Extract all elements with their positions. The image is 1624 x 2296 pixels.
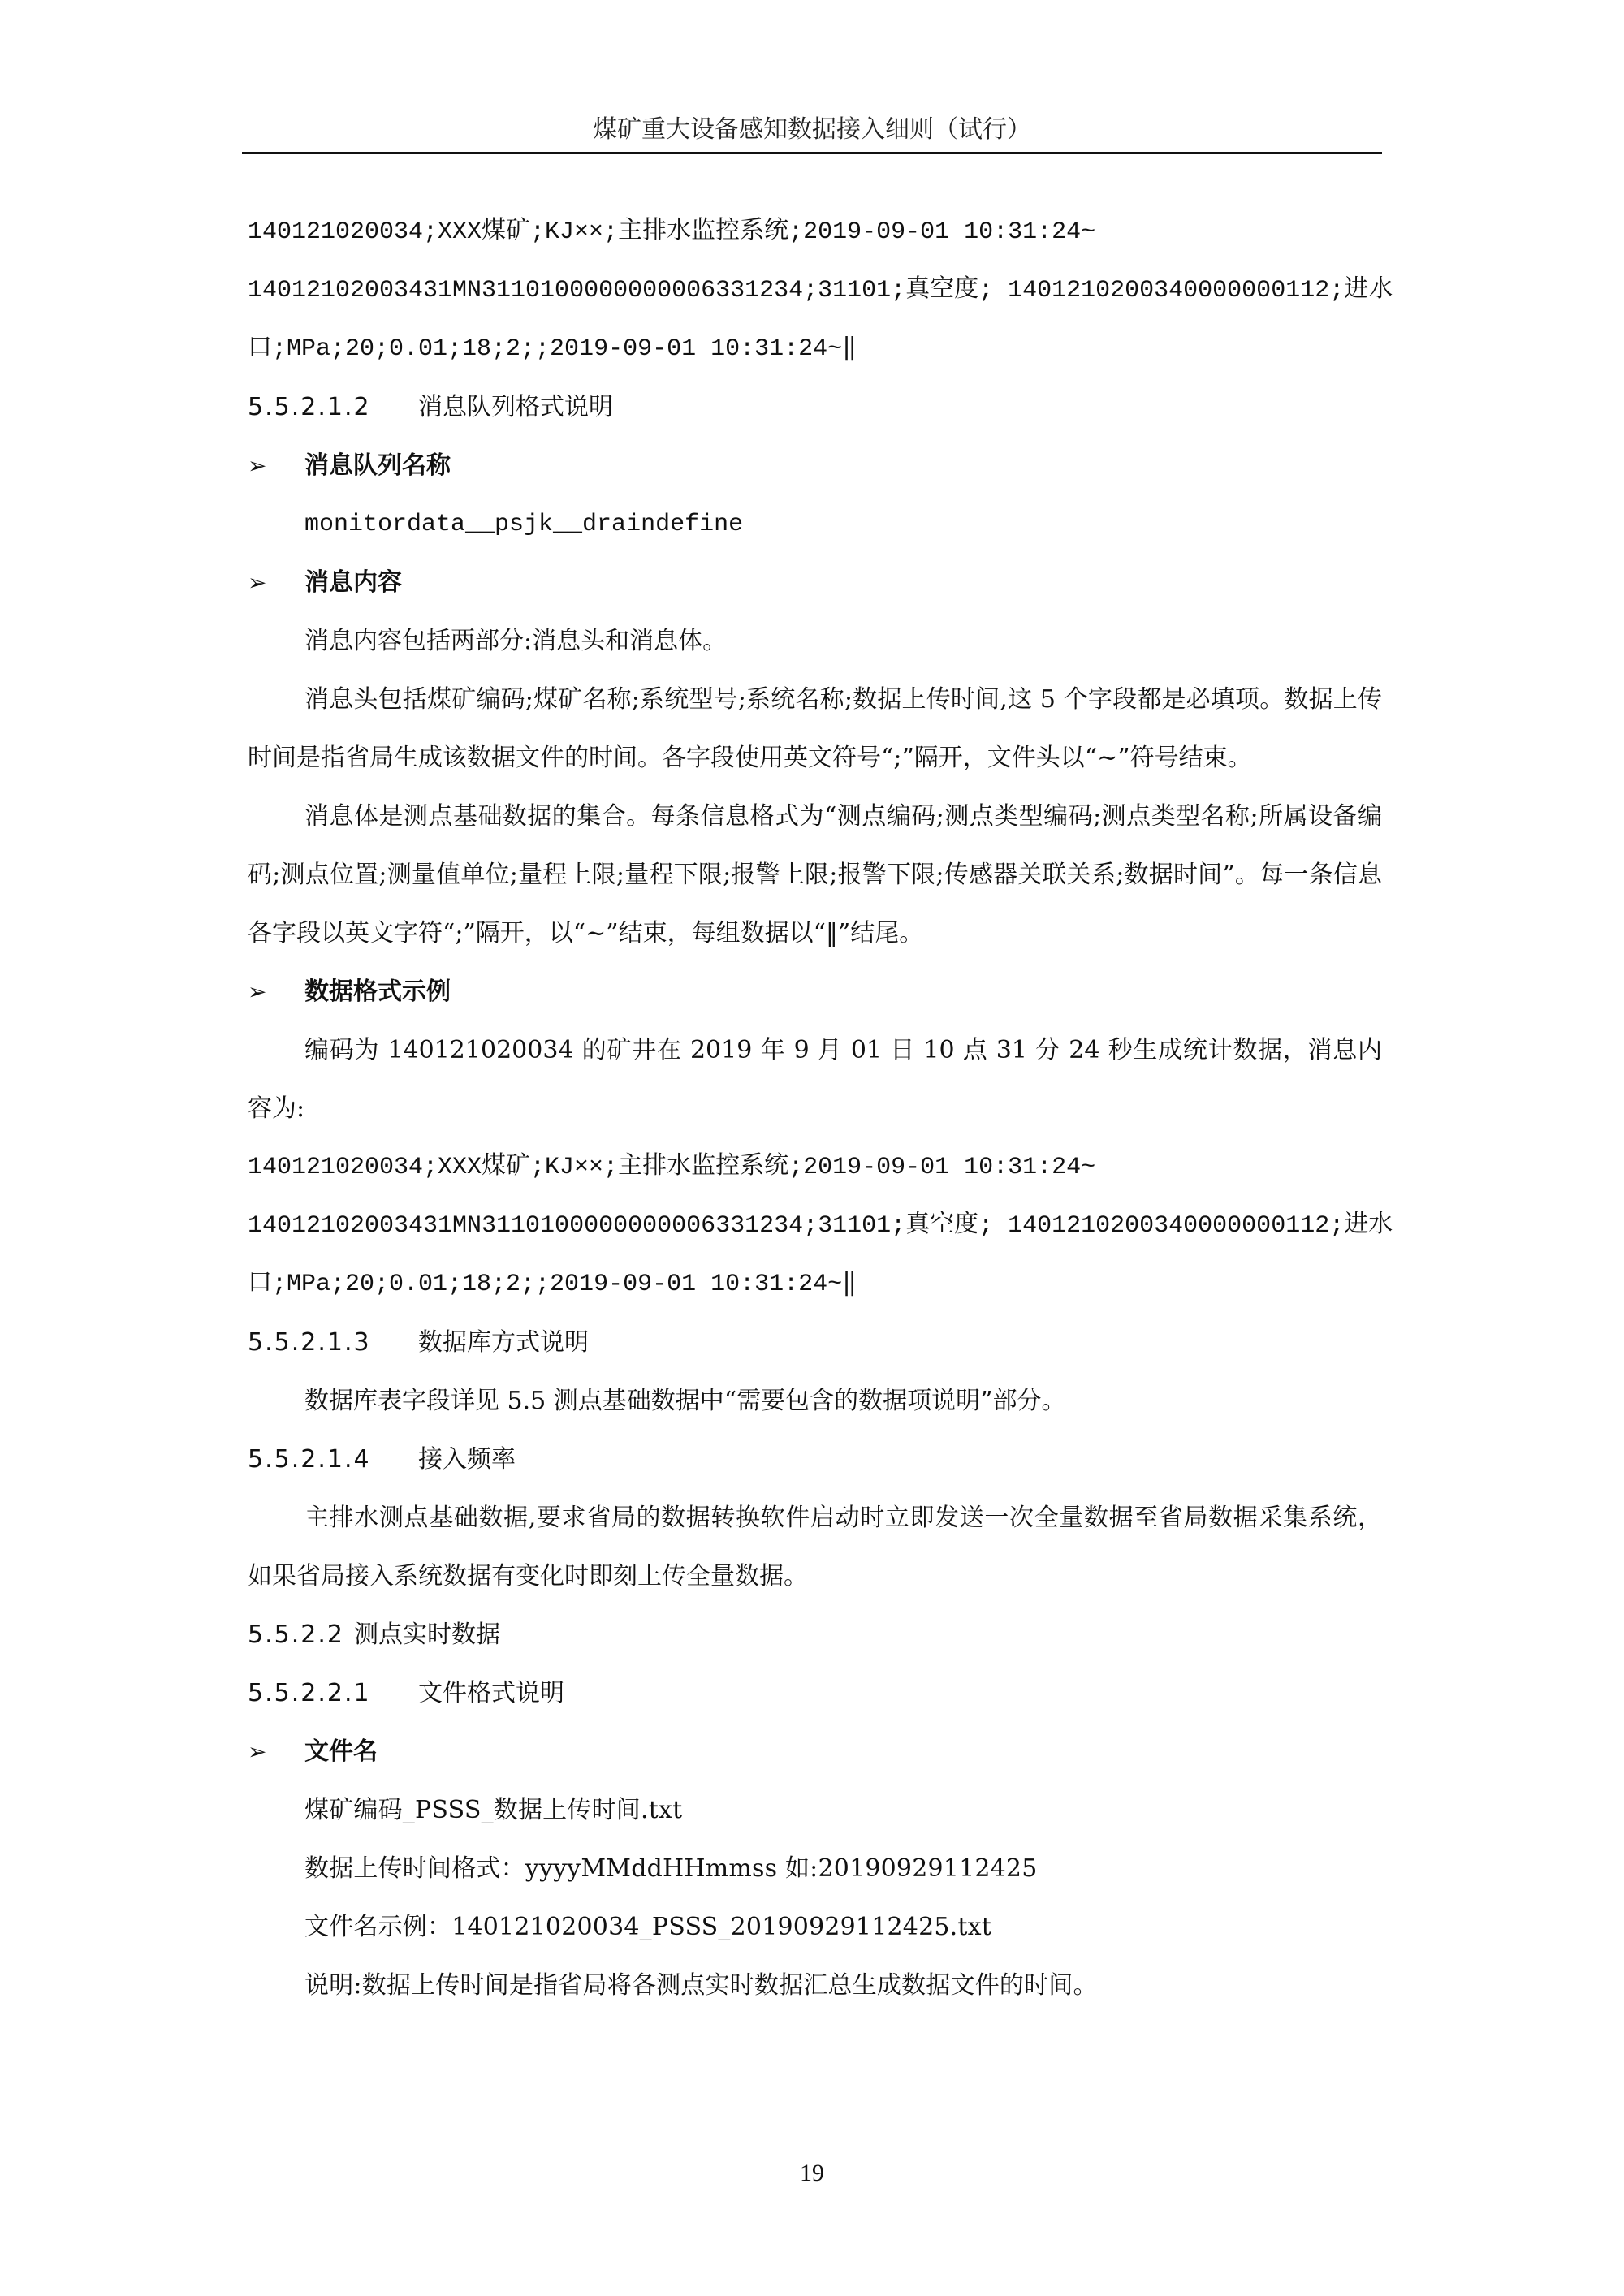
bullet-label: 消息内容 <box>304 568 402 597</box>
section-title: 文件格式说明 <box>418 1679 564 1707</box>
page-number: 19 <box>0 2160 1624 2187</box>
section-title: 测点实时数据 <box>354 1621 500 1649</box>
section-number: 5.5.2.1.2 <box>248 378 418 437</box>
arrow-bullet-icon: ➢ <box>248 437 304 495</box>
arrow-bullet-icon: ➢ <box>248 963 304 1021</box>
section-heading-5-5-2-1-3: 5.5.2.1.3数据库方式说明 <box>248 1314 1382 1372</box>
section-title: 接入频率 <box>418 1445 516 1474</box>
paragraph: 数据库表字段详见 5.5 测点基础数据中“需要包含的数据项说明”部分。 <box>248 1372 1382 1431</box>
arrow-bullet-icon: ➢ <box>248 1723 304 1781</box>
section-number: 5.5.2.2 <box>248 1606 344 1664</box>
upload-time-format: 数据上传时间格式：yyyyMMddHHmmss 如:20190929112425 <box>248 1840 1382 1898</box>
bullet-queue-name: ➢消息队列名称 <box>248 437 1382 495</box>
section-heading-5-5-2-1-4: 5.5.2.1.4接入频率 <box>248 1431 1382 1489</box>
example-line: 口;MPa;20;0.01;18;2;;2019-09-01 10:31:24~… <box>248 1255 1382 1314</box>
bullet-label: 消息队列名称 <box>304 451 451 480</box>
section-title: 数据库方式说明 <box>418 1328 589 1357</box>
section-title: 消息队列格式说明 <box>418 393 613 421</box>
paragraph: 主排水测点基础数据,要求省局的数据转换软件启动时立即发送一次全量数据至省局数据采… <box>248 1489 1382 1606</box>
page-content: 140121020034;XXX煤矿;KJ××;主排水监控系统;2019-09-… <box>248 203 1382 2015</box>
section-heading-5-5-2-2-1: 5.5.2.2.1文件格式说明 <box>248 1664 1382 1723</box>
section-heading-5-5-2-2: 5.5.2.2测点实时数据 <box>248 1606 1382 1664</box>
bullet-label: 数据格式示例 <box>304 978 451 1006</box>
bullet-message-content: ➢消息内容 <box>248 554 1382 612</box>
section-number: 5.5.2.1.3 <box>248 1314 418 1372</box>
example-line: 140121020034;XXX煤矿;KJ××;主排水监控系统;2019-09-… <box>248 1138 1382 1197</box>
file-name-pattern: 煤矿编码_PSSS_数据上传时间.txt <box>248 1781 1382 1840</box>
example-line: 14012102003431MN3110100000000006331234;3… <box>248 1197 1382 1255</box>
example-line: 140121020034;XXX煤矿;KJ××;主排水监控系统;2019-09-… <box>248 203 1382 261</box>
queue-name-value: monitordata__psjk__draindefine <box>248 495 1382 554</box>
file-name-note: 说明:数据上传时间是指省局将各测点实时数据汇总生成数据文件的时间。 <box>248 1957 1382 2015</box>
section-number: 5.5.2.1.4 <box>248 1431 418 1489</box>
paragraph: 消息头包括煤矿编码;煤矿名称;系统型号;系统名称;数据上传时间,这 5 个字段都… <box>248 671 1382 788</box>
example-line: 口;MPa;20;0.01;18;2;;2019-09-01 10:31:24~… <box>248 320 1382 378</box>
bullet-label: 文件名 <box>304 1737 378 1766</box>
paragraph: 编码为 140121020034 的矿井在 2019 年 9 月 01 日 10… <box>248 1021 1382 1138</box>
example-line: 14012102003431MN3110100000000006331234;3… <box>248 261 1382 320</box>
bullet-data-example: ➢数据格式示例 <box>248 963 1382 1021</box>
file-name-example: 文件名示例：140121020034_PSSS_20190929112425.t… <box>248 1898 1382 1957</box>
paragraph: 消息内容包括两部分:消息头和消息体。 <box>248 612 1382 671</box>
section-number: 5.5.2.2.1 <box>248 1664 418 1723</box>
section-heading-5-5-2-1-2: 5.5.2.1.2消息队列格式说明 <box>248 378 1382 437</box>
bullet-file-name: ➢文件名 <box>248 1723 1382 1781</box>
page-header-title: 煤矿重大设备感知数据接入细则（试行） <box>242 114 1382 146</box>
arrow-bullet-icon: ➢ <box>248 554 304 612</box>
header-rule <box>242 152 1382 154</box>
paragraph: 消息体是测点基础数据的集合。每条信息格式为“测点编码;测点类型编码;测点类型名称… <box>248 788 1382 963</box>
